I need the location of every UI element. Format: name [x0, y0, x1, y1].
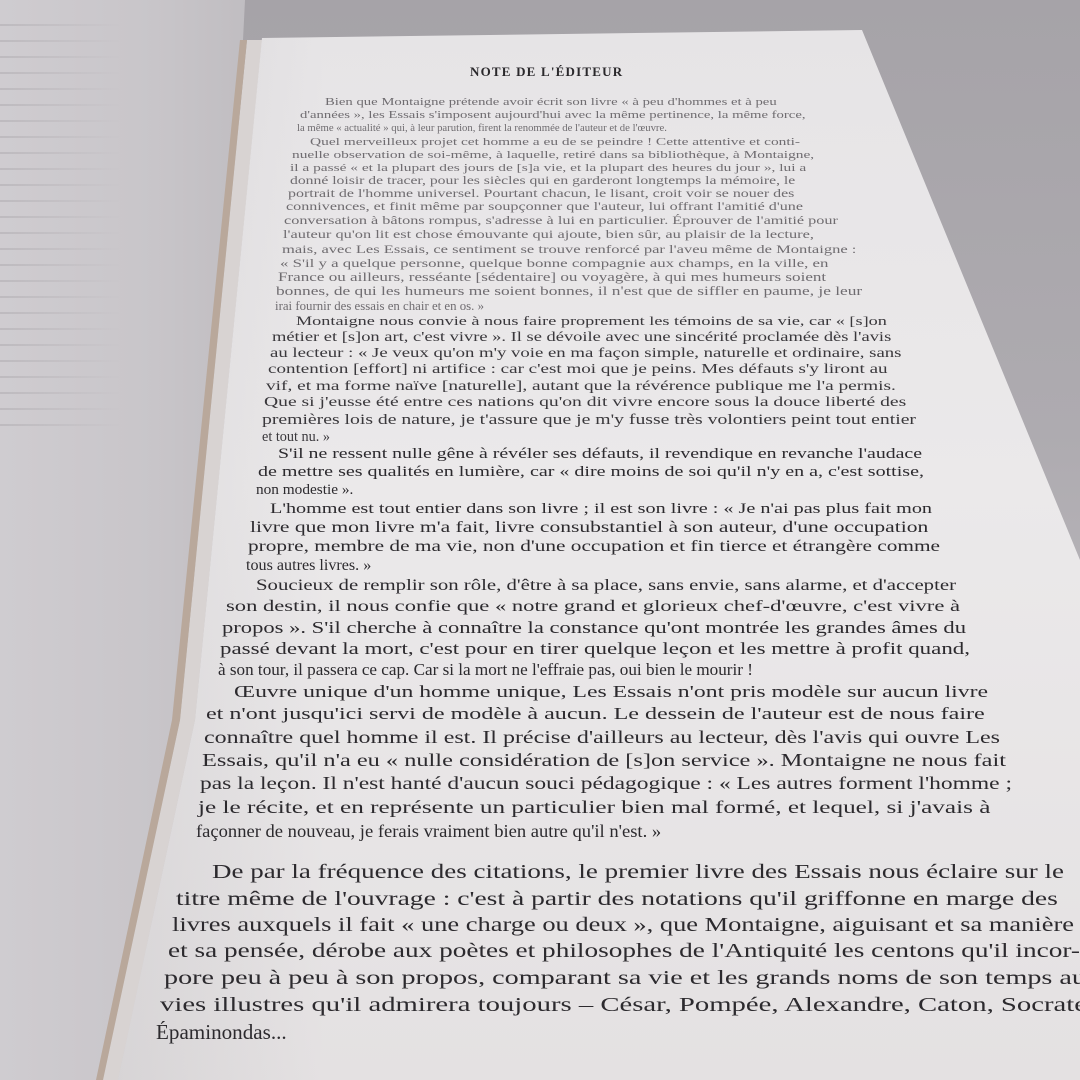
text-line: et sa pensée, dérobe aux poètes et philo…: [168, 940, 1080, 963]
text-line: Soucieux de remplir son rôle, d'être à s…: [256, 577, 956, 595]
text-line: titre même de l'ouvrage : c'est à partir…: [176, 888, 1058, 911]
text-line: Montaigne nous convie à nous faire propr…: [296, 313, 887, 329]
text-line: connaître quel homme il est. Il précise …: [204, 727, 1000, 748]
text-line: métier et [s]on art, c'est vivre ». Il s…: [272, 329, 891, 345]
text-line: donné loisir de tracer, pour les siècles…: [290, 175, 795, 187]
text-line: vif, et ma forme naïve [naturelle], auta…: [266, 378, 896, 394]
left-page-faint-text: [0, 10, 120, 430]
text-line: nuelle observation de soi-même, à laquel…: [292, 149, 814, 161]
text-line: à son tour, il passera ce cap. Car si la…: [218, 660, 753, 680]
text-line: pas la leçon. Il n'est hanté d'aucun sou…: [200, 773, 1012, 794]
text-line: L'homme est tout entier dans son livre ;…: [270, 500, 932, 518]
text-line: De par la fréquence des citations, le pr…: [212, 862, 1064, 884]
text-line: d'années », les Essais s'imposent aujour…: [300, 110, 806, 121]
text-line: France ou ailleurs, resséante [sédentair…: [278, 270, 826, 285]
text-line: vies illustres qu'il admirera toujours –…: [160, 994, 1080, 1017]
text-line: au lecteur : « Je veux qu'on m'y voie en…: [270, 345, 901, 361]
text-line: Œuvre unique d'un homme unique, Les Essa…: [234, 682, 988, 702]
text-line: et n'ont jusqu'ici servi de modèle à auc…: [206, 704, 985, 724]
text-line: premières lois de nature, je t'assure qu…: [262, 412, 916, 429]
text-line: tous autres livres. »: [246, 557, 371, 575]
text-line: son destin, il nous confie que « notre g…: [226, 597, 960, 616]
text-line: livres auxquels il fait « une charge ou …: [172, 914, 1074, 937]
text-line: connivences, et finit même par soupçonne…: [286, 201, 803, 213]
text-line: l'auteur qu'on lit est chose émouvante q…: [283, 228, 814, 241]
text-line: mais, avec Les Essais, ce sentiment se t…: [282, 242, 856, 257]
text-line: Que si j'eusse été entre ces nations qu'…: [264, 395, 906, 411]
text-line: passé devant la mort, c'est pour en tire…: [220, 639, 970, 659]
text-line: « S'il y a quelque personne, quelque bon…: [280, 256, 828, 271]
text-line: S'il ne ressent nulle gêne à révéler ses…: [278, 446, 922, 463]
text-line: livre que mon livre m'a fait, livre cons…: [250, 519, 928, 537]
text-line: je le récite, et en représente un partic…: [198, 797, 990, 818]
text-line: conversation à bâtons rompus, s'adresse …: [284, 214, 838, 227]
text-line: façonner de nouveau, je ferais vraiment …: [196, 821, 661, 842]
text-line: non modestie ».: [256, 482, 353, 499]
text-line: pore peu à peu à son propos, comparant s…: [164, 967, 1080, 990]
text-line: Quel merveilleux projet cet homme a eu d…: [310, 136, 800, 148]
text-line: Essais, qu'il n'a eu « nulle considérati…: [202, 750, 1006, 771]
text-line: il a passé « et la plupart des jours de …: [290, 162, 806, 174]
text-line: contention [effort] ni artifice : car c'…: [268, 361, 888, 377]
page-header-title: NOTE DE L'ÉDITEUR: [470, 64, 623, 80]
text-line: Épaminondas...: [156, 1022, 287, 1045]
text-line: irai fournir des essais en chair et en o…: [275, 299, 484, 314]
text-line: propre, membre de ma vie, non d'une occu…: [248, 538, 940, 556]
text-line: propos ». S'il cherche à connaître la co…: [222, 618, 966, 638]
text-line: la même « actualité » qui, à leur paruti…: [297, 123, 667, 134]
text-line: Bien que Montaigne prétende avoir écrit …: [325, 97, 777, 108]
text-line: de mettre ses qualités en lumière, car «…: [258, 464, 924, 481]
text-line: bonnes, de qui les humeurs me soient bon…: [276, 284, 862, 299]
text-line: portrait de l'homme universel. Pourtant …: [288, 188, 794, 200]
text-line: et tout nu. »: [262, 429, 330, 446]
